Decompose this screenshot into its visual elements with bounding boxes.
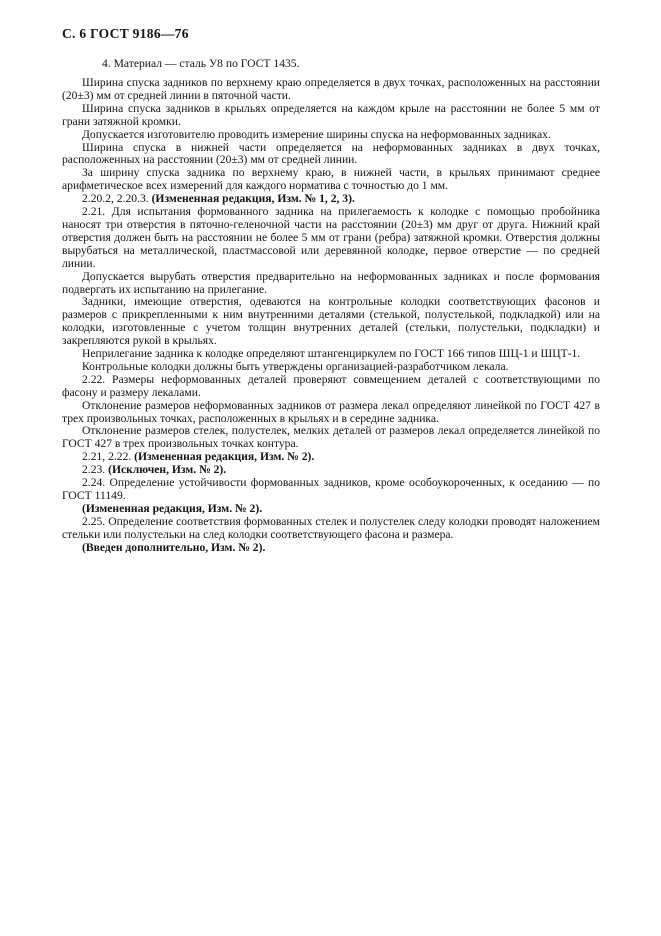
paragraph-text: Неприлегание задника к колодке определяю… <box>82 347 580 360</box>
paragraph-text: 2.23. <box>82 463 108 476</box>
paragraph-bold-text: (Введен дополнительно, Изм. № 2). <box>82 541 265 554</box>
paragraph: За ширину спуска задника по верхнему кра… <box>62 167 600 193</box>
paragraph-text: Контрольные колодки должны быть утвержде… <box>82 360 509 373</box>
paragraph: Задники, имеющие отверстия, одеваются на… <box>62 296 600 348</box>
paragraph-section-2-24: 2.24. Определение устойчивости формованн… <box>62 477 600 503</box>
paragraph-bold-text: (Измененная редакция, Изм. № 2). <box>82 502 262 515</box>
document-body: Ширина спуска задников по верхнему краю … <box>62 77 600 555</box>
paragraph-text: 2.24. Определение устойчивости формованн… <box>62 476 600 502</box>
paragraph: Отклонение размеров неформованных задник… <box>62 400 600 426</box>
material-note: 4. Материал — сталь У8 по ГОСТ 1435. <box>62 57 600 70</box>
paragraph: Ширина спуска задников по верхнему краю … <box>62 77 600 103</box>
paragraph: Допускается вырубать отверстия предварит… <box>62 271 600 297</box>
paragraph-text: Ширина спуска в нижней части определяетс… <box>62 141 600 167</box>
paragraph-text: Задники, имеющие отверстия, одеваются на… <box>62 295 600 347</box>
paragraph-amendment-note: (Введен дополнительно, Изм. № 2). <box>62 542 600 555</box>
document-page: С. 6 ГОСТ 9186—76 4. Материал — сталь У8… <box>0 0 661 936</box>
paragraph-text: Отклонение размеров стелек, полустелек, … <box>62 424 600 450</box>
paragraph-text: 2.21, 2.22. <box>82 450 134 463</box>
paragraph-text: Допускается вырубать отверстия предварит… <box>62 270 600 296</box>
paragraph: Отклонение размеров стелек, полустелек, … <box>62 425 600 451</box>
paragraph-section-2-22: 2.22. Размеры неформованных деталей пров… <box>62 374 600 400</box>
paragraph-text: 2.25. Определение соответствия формованн… <box>62 515 600 541</box>
paragraph-text: Отклонение размеров неформованных задник… <box>62 399 600 425</box>
paragraph-section-2-21: 2.21. Для испытания формованного задника… <box>62 206 600 271</box>
paragraph-bold-text: (Исключен, Изм. № 2). <box>108 463 226 476</box>
paragraph-text: Ширина спуска задников в крыльях определ… <box>62 102 600 128</box>
paragraph: Ширина спуска задников в крыльях определ… <box>62 103 600 129</box>
page-header: С. 6 ГОСТ 9186—76 <box>62 26 189 42</box>
paragraph-text: 2.20.2, 2.20.3. <box>82 192 152 205</box>
paragraph-text: 2.21. Для испытания формованного задника… <box>62 205 600 270</box>
paragraph: Ширина спуска в нижней части определяетс… <box>62 142 600 168</box>
paragraph-text: Ширина спуска задников по верхнему краю … <box>62 76 600 102</box>
paragraph-text: Допускается изготовителю проводить измер… <box>82 128 551 141</box>
paragraph-text: 2.22. Размеры неформованных деталей пров… <box>62 373 600 399</box>
paragraph-section-2-25: 2.25. Определение соответствия формованн… <box>62 516 600 542</box>
paragraph-bold-text: (Измененная редакция, Изм. № 1, 2, 3). <box>152 192 355 205</box>
paragraph-text: За ширину спуска задника по верхнему кра… <box>62 166 600 192</box>
paragraph-bold-text: (Измененная редакция, Изм. № 2). <box>134 450 314 463</box>
